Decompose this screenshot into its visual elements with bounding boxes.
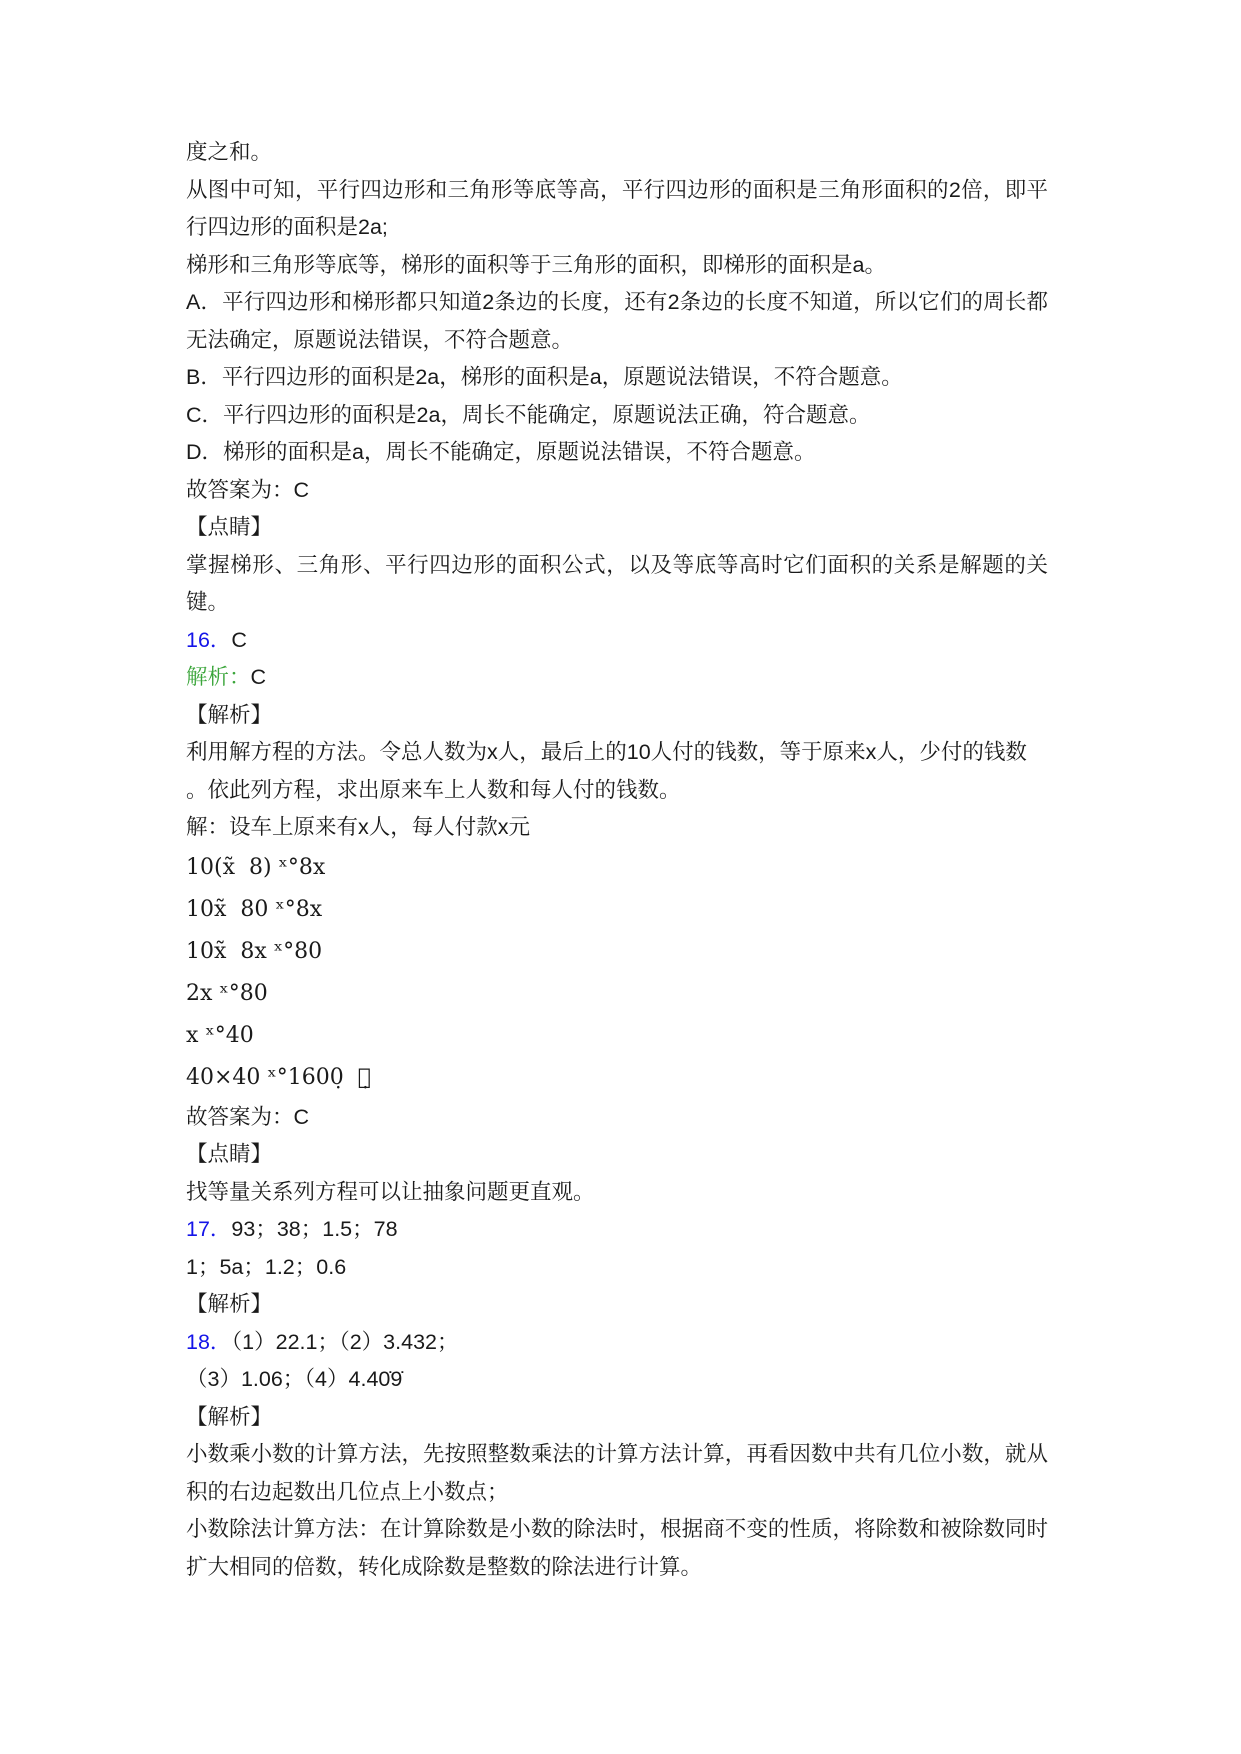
q16-jiexi-label: 解析： — [186, 665, 251, 689]
q18-answer-line-1: 18．（1）22.1；（2）3.432； — [186, 1324, 1048, 1362]
q18-analysis-line-1: 小数乘小数的计算方法，先按照整数乘法的计算方法计算，再看因数中共有几位小数，就从… — [186, 1436, 1048, 1511]
q15-analysis-line-1: 从图中可知，平行四边形和三角形等底等高，平行四边形的面积是三角形面积的2倍，即平… — [186, 172, 1048, 247]
q17-number: 17． — [186, 1217, 231, 1241]
q15-option-d: D．梯形的面积是a，周长不能确定，原题说法错误，不符合题意。 — [186, 434, 1048, 472]
q16-analysis-line-1: 利用解方程的方法。令总人数为x人，最后上的10人付的钱数，等于原来x人，少付的钱… — [186, 734, 1048, 772]
q17-answers-1: 93；38；1.5；78 — [231, 1217, 397, 1241]
q15-option-b: B．平行四边形的面积是2a，梯形的面积是a，原题说法错误，不符合题意。 — [186, 359, 1048, 397]
q16-final-answer-line: 故答案为：C — [186, 1099, 1048, 1137]
q16-tip-header: 【点睛】 — [186, 1136, 1048, 1174]
q18-number: 18． — [186, 1330, 231, 1354]
q16-equation-1: 10(x̃ 8) ˣ°8x — [186, 847, 1048, 889]
q16-equation-6: 40×40 ˣ°1600̣ 元̣ — [186, 1057, 1048, 1099]
q15-answer-line: 故答案为：C — [186, 472, 1048, 510]
q18-analysis-header: 【解析】 — [186, 1399, 1048, 1437]
q15-option-c: C．平行四边形的面积是2a，周长不能确定，原题说法正确，符合题意。 — [186, 397, 1048, 435]
q18-answers-1: （1）22.1；（2）3.432； — [231, 1330, 458, 1354]
q16-answer: C — [231, 628, 247, 652]
q15-analysis-line-2: 梯形和三角形等底等，梯形的面积等于三角形的面积，即梯形的面积是a。 — [186, 247, 1048, 285]
q15-option-a: A．平行四边形和梯形都只知道2条边的长度，还有2条边的长度不知道，所以它们的周长… — [186, 284, 1048, 359]
q16-equation-3: 10x̃ 8x ˣ°80 — [186, 931, 1048, 973]
q16-answer-line: 16．C — [186, 622, 1048, 660]
document-page: 度之和。 从图中可知，平行四边形和三角形等底等高，平行四边形的面积是三角形面积的… — [0, 0, 1241, 1754]
q16-jiexi-line: 解析：C — [186, 659, 1048, 697]
q17-answer-line-2: 1；5a；1.2；0.6 — [186, 1249, 1048, 1287]
q15-tip-header: 【点睛】 — [186, 509, 1048, 547]
q15-closing-fragment: 度之和。 — [186, 134, 1048, 172]
q16-tip-text: 找等量关系列方程可以让抽象问题更直观。 — [186, 1174, 1048, 1212]
q16-equation-4: 2x ˣ°80 — [186, 973, 1048, 1015]
q17-answer-line-1: 17．93；38；1.5；78 — [186, 1211, 1048, 1249]
q16-equation-5: x ˣ°40 — [186, 1015, 1048, 1057]
q16-analysis-header: 【解析】 — [186, 697, 1048, 735]
q16-equation-2: 10x̃ 80 ˣ°8x — [186, 889, 1048, 931]
q16-solution-intro: 解：设车上原来有x人，每人付款x元 — [186, 809, 1048, 847]
q16-number: 16． — [186, 628, 231, 652]
q16-jiexi-value: C — [251, 665, 267, 689]
q16-analysis-line-2: 。依此列方程，求出原来车上人数和每人付的钱数。 — [186, 772, 1048, 810]
q18-analysis-line-2: 小数除法计算方法：在计算除数是小数的除法时，根据商不变的性质，将除数和被除数同时… — [186, 1511, 1048, 1586]
q18-answer-line-2: （3）1.06；（4）4.40̇9̇ — [186, 1361, 1048, 1399]
q15-tip-text: 掌握梯形、三角形、平行四边形的面积公式，以及等底等高时它们面积的关系是解题的关键… — [186, 547, 1048, 622]
q17-analysis-header: 【解析】 — [186, 1286, 1048, 1324]
